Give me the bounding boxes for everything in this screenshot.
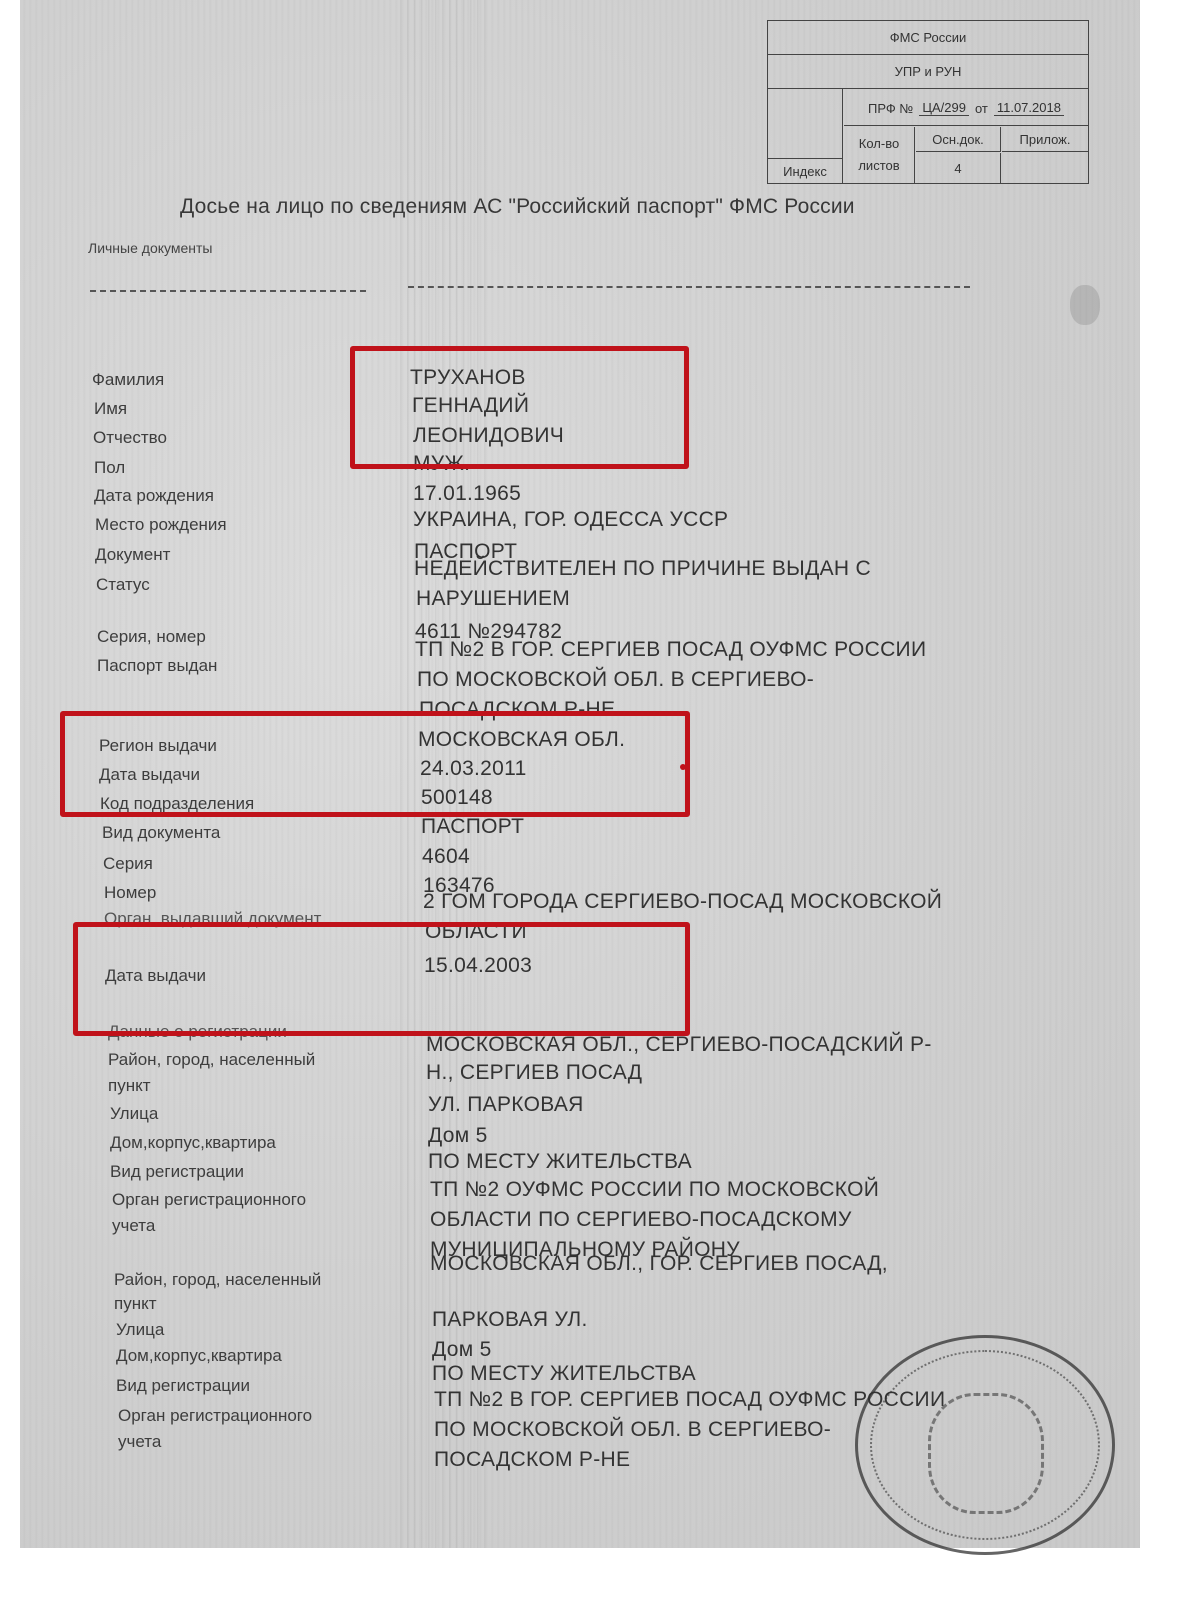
registration-value: УЛ. ПАРКОВАЯ bbox=[428, 1093, 584, 1117]
field-label: Фамилия bbox=[92, 370, 164, 390]
field-value: ТП №2 В ГОР. СЕРГИЕВ ПОСАД ОУФМС РОССИИ bbox=[415, 638, 926, 662]
main-doc-label: Осн.док. bbox=[916, 127, 1001, 152]
registration-value: МОСКОВСКАЯ ОБЛ., ГОР. СЕРГИЕВ ПОСАД, bbox=[430, 1252, 888, 1276]
highlight-box-issue-1 bbox=[60, 711, 690, 817]
registration-value: Дом 5 bbox=[432, 1338, 492, 1362]
registration-value: МОСКОВСКАЯ ОБЛ., СЕРГИЕВО-ПОСАДСКИЙ Р- bbox=[426, 1033, 932, 1057]
sheets-count-label: Кол-во листов bbox=[844, 127, 915, 183]
registration-label: Район, город, населенный bbox=[108, 1050, 315, 1070]
header-left-cell: Индекс bbox=[768, 89, 843, 183]
field-label: Серия bbox=[103, 854, 153, 874]
field-value: 2 ГОМ ГОРОДА СЕРГИЕВО-ПОСАД МОСКОВСКОЙ bbox=[423, 890, 942, 914]
attachment-label: Прилож. bbox=[1002, 127, 1088, 152]
prf-number: ЦА/299 bbox=[919, 100, 969, 116]
field-value: 4604 bbox=[422, 845, 470, 869]
dashed-divider-right bbox=[408, 286, 970, 288]
field-label: Паспорт выдан bbox=[97, 656, 217, 676]
header-registration-table: ФМС России УПР и РУН Индекс ПРФ № ЦА/299… bbox=[767, 20, 1089, 184]
prf-from: от bbox=[975, 101, 988, 116]
registration-value: ТП №2 ОУФМС РОССИИ ПО МОСКОВСКОЙ bbox=[430, 1178, 879, 1202]
header-dept: УПР и РУН bbox=[768, 55, 1088, 89]
registration-value: Дом 5 bbox=[428, 1124, 488, 1148]
field-label: Дата рождения bbox=[94, 486, 214, 506]
registration-label: Вид регистрации bbox=[110, 1162, 244, 1182]
registration-label: Дом,корпус,квартира bbox=[116, 1346, 282, 1366]
header-org: ФМС России bbox=[768, 21, 1088, 55]
field-label: Серия, номер bbox=[97, 627, 206, 647]
registration-label: Дом,корпус,квартира bbox=[110, 1133, 276, 1153]
highlight-box-issue-2 bbox=[73, 922, 690, 1036]
prf-label: ПРФ № bbox=[868, 101, 913, 116]
registration-value: ПО МОСКОВСКОЙ ОБЛ. В СЕРГИЕВО- bbox=[434, 1418, 831, 1442]
registration-label: Район, город, населенный bbox=[114, 1270, 321, 1290]
header-prf-row: ПРФ № ЦА/299 от 11.07.2018 bbox=[844, 91, 1088, 126]
registration-label: Вид регистрации bbox=[116, 1376, 250, 1396]
registration-label: Орган регистрационного bbox=[112, 1190, 306, 1210]
registration-value: ПАРКОВАЯ УЛ. bbox=[432, 1308, 588, 1332]
registration-label: Улица bbox=[110, 1104, 158, 1124]
field-value: НЕДЕЙСТВИТЕЛЕН ПО ПРИЧИНЕ ВЫДАН С bbox=[414, 557, 871, 581]
registration-label: учета bbox=[118, 1432, 161, 1452]
main-doc-value: 4 bbox=[916, 153, 1001, 183]
registration-label: учета bbox=[112, 1216, 155, 1236]
registration-label: пункт bbox=[108, 1076, 151, 1096]
field-label: Имя bbox=[94, 399, 127, 419]
section-label: Личные документы bbox=[88, 240, 212, 256]
registration-label: пункт bbox=[114, 1294, 157, 1314]
faint-emblem-icon bbox=[1070, 285, 1100, 325]
field-label: Место рождения bbox=[95, 515, 227, 535]
field-value: ПО МОСКОВСКОЙ ОБЛ. В СЕРГИЕВО- bbox=[417, 668, 814, 692]
registration-label: Орган регистрационного bbox=[118, 1406, 312, 1426]
field-label: Документ bbox=[95, 545, 170, 565]
field-label: Отчество bbox=[93, 428, 167, 448]
sheets-label-line1: Кол-во bbox=[859, 133, 899, 155]
registration-value: Н., СЕРГИЕВ ПОСАД bbox=[426, 1061, 642, 1085]
field-value: УКРАИНА, ГОР. ОДЕССА УССР bbox=[413, 508, 728, 532]
field-label: Вид документа bbox=[102, 823, 220, 843]
field-label: Пол bbox=[94, 458, 125, 478]
field-value: ПАСПОРТ bbox=[421, 815, 524, 839]
registration-value: ПО МЕСТУ ЖИТЕЛЬСТВА bbox=[428, 1150, 692, 1174]
registration-label: Улица bbox=[116, 1320, 164, 1340]
field-value: НАРУШЕНИЕМ bbox=[416, 587, 570, 611]
field-value: 17.01.1965 bbox=[413, 482, 521, 506]
dashed-divider-left bbox=[90, 290, 366, 292]
page-title: Досье на лицо по сведениям АС "Российски… bbox=[180, 195, 855, 219]
field-label: Номер bbox=[104, 883, 156, 903]
field-label: Статус bbox=[96, 575, 150, 595]
official-seal-stamp-icon bbox=[855, 1335, 1115, 1555]
registration-value: ОБЛАСТИ ПО СЕРГИЕВО-ПОСАДСКОМУ bbox=[430, 1208, 852, 1232]
registration-value: ПОСАДСКОМ Р-НЕ bbox=[434, 1448, 630, 1472]
sheets-label-line2: листов bbox=[858, 155, 899, 177]
prf-date: 11.07.2018 bbox=[994, 100, 1064, 116]
header-index-label: Индекс bbox=[768, 158, 842, 183]
registration-value: ПО МЕСТУ ЖИТЕЛЬСТВА bbox=[432, 1362, 696, 1386]
highlight-marker-dot bbox=[680, 764, 686, 770]
highlight-box-name bbox=[350, 346, 689, 469]
